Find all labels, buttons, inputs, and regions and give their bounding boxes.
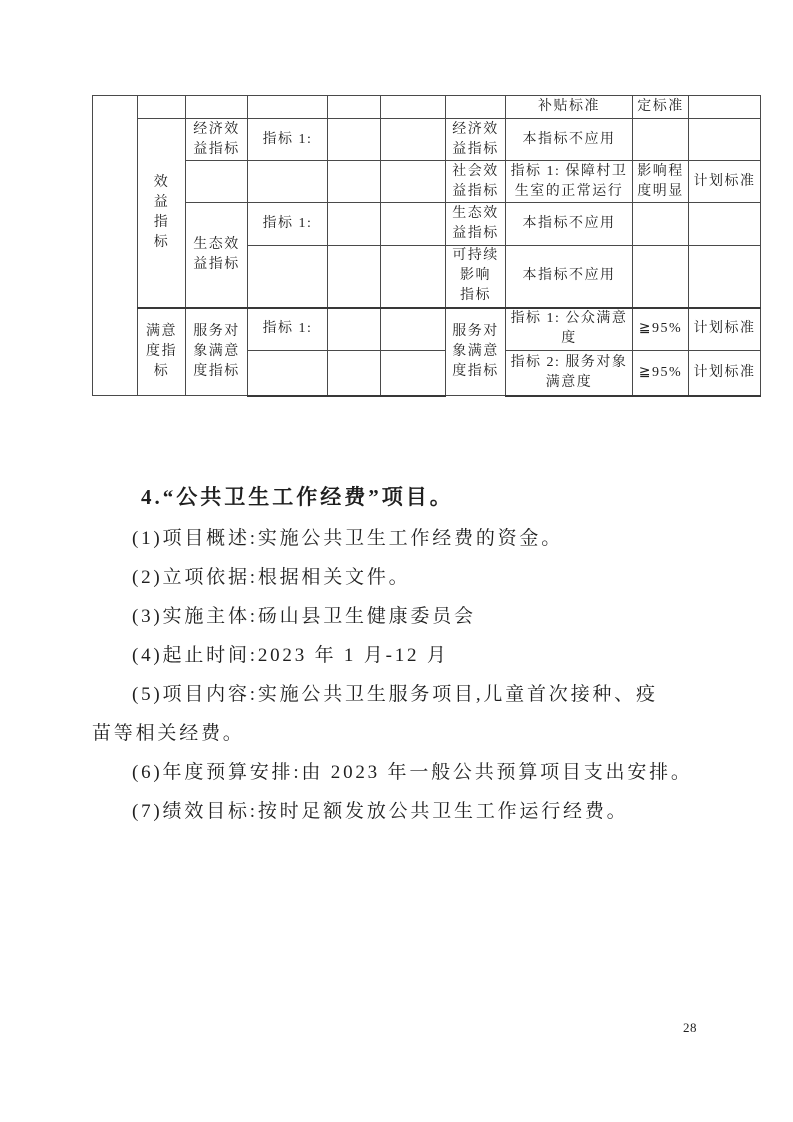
cell-empty	[381, 96, 446, 119]
cell-empty	[328, 246, 381, 308]
cell-empty	[689, 203, 761, 246]
cell-social-benefit-label: 社会效 益指标	[446, 161, 506, 203]
cell-empty	[381, 119, 446, 161]
cell-social-value: 指标 1: 保障村卫 生室的正常运行	[506, 161, 633, 203]
cell-empty	[248, 351, 328, 396]
cell-service-target-label-left: 服务对 象满意 度指标	[186, 308, 248, 396]
section-item-implementer: (3)实施主体:砀山县卫生健康委员会	[92, 597, 752, 636]
cell-empty	[328, 96, 381, 119]
cell-empty	[328, 351, 381, 396]
cell-empty	[633, 203, 689, 246]
cell-service-target-label-right: 服务对 象满意 度指标	[446, 308, 506, 396]
cell-empty	[186, 96, 248, 119]
table-row-social-benefit: 社会效 益指标 指标 1: 保障村卫 生室的正常运行 影响程 度明显 计划标准	[93, 161, 761, 203]
cell-economic-benefit-label-left: 经济效 益指标	[186, 119, 248, 161]
cell-sustain-value: 本指标不应用	[506, 246, 633, 308]
cell-economic-benefit-label-right: 经济效 益指标	[446, 119, 506, 161]
cell-satisfaction-ind1-value: 指标 1: 公众满意 度	[506, 308, 633, 351]
cell-satisfaction-ind2-value: 指标 2: 服务对象 满意度	[506, 351, 633, 396]
section-item-timeframe: (4)起止时间:2023 年 1 月-12 月	[92, 636, 752, 675]
cell-empty	[381, 351, 446, 396]
cell-satisfaction-group-label: 满意 度指 标	[138, 308, 186, 396]
cell-eco-benefit-label-right: 生态效 益指标	[446, 203, 506, 246]
cell-empty	[381, 246, 446, 308]
cell-empty	[328, 203, 381, 246]
cell-empty	[689, 119, 761, 161]
cell-empty	[633, 119, 689, 161]
section-item-content: (5)项目内容:实施公共卫生服务项目,儿童首次接种、疫 苗等相关经费。	[92, 675, 752, 753]
table-row-satisfaction-1: 满意 度指 标 服务对 象满意 度指标 指标 1: 服务对 象满意 度指标 指标…	[93, 308, 761, 351]
cell-set-standard: 定标准	[633, 96, 689, 119]
cell-empty	[186, 161, 248, 203]
cell-eco-indicator-1: 指标 1:	[248, 203, 328, 246]
document-page: 补贴标准 定标准 效 益 指 标 经济效 益指标 指标 1: 经济效 益指标 本…	[0, 0, 793, 1122]
cell-empty	[248, 246, 328, 308]
cell-subsidy-standard: 补贴标准	[506, 96, 633, 119]
table-row-continued-header: 补贴标准 定标准	[93, 96, 761, 119]
cell-empty	[633, 246, 689, 308]
cell-empty	[328, 119, 381, 161]
performance-indicator-table: 补贴标准 定标准 效 益 指 标 经济效 益指标 指标 1: 经济效 益指标 本…	[92, 95, 761, 397]
cell-empty	[689, 246, 761, 308]
section-item-basis: (2)立项依据:根据相关文件。	[92, 558, 752, 597]
cell-empty	[446, 96, 506, 119]
cell-social-standard: 计划标准	[689, 161, 761, 203]
cell-left-margin-column	[93, 96, 138, 396]
table-row-eco-benefit: 生态效 益指标 指标 1: 生态效 益指标 本指标不应用	[93, 203, 761, 246]
cell-empty	[381, 308, 446, 351]
cell-empty	[138, 96, 186, 119]
cell-empty	[381, 203, 446, 246]
cell-benefit-group-label: 效 益 指 标	[138, 119, 186, 308]
cell-empty	[248, 96, 328, 119]
page-number: 28	[683, 1020, 697, 1036]
cell-satisfaction-ind1-standard: 计划标准	[689, 308, 761, 351]
cell-social-impact: 影响程 度明显	[633, 161, 689, 203]
table-row-economic-benefit: 效 益 指 标 经济效 益指标 指标 1: 经济效 益指标 本指标不应用	[93, 119, 761, 161]
project-section: 4.“公共卫生工作经费”项目。 (1)项目概述:实施公共卫生工作经费的资金。 (…	[92, 478, 752, 831]
cell-satisfaction-indicator-1: 指标 1:	[248, 308, 328, 351]
section-item-overview: (1)项目概述:实施公共卫生工作经费的资金。	[92, 519, 752, 558]
cell-empty	[328, 308, 381, 351]
cell-sustain-label: 可持续 影响 指标	[446, 246, 506, 308]
section-item-goal: (7)绩效目标:按时足额发放公共卫生工作运行经费。	[92, 792, 752, 831]
cell-satisfaction-ind1-target: ≧95%	[633, 308, 689, 351]
cell-empty	[381, 161, 446, 203]
cell-empty	[248, 161, 328, 203]
section-item-budget: (6)年度预算安排:由 2023 年一般公共预算项目支出安排。	[92, 753, 752, 792]
cell-satisfaction-ind2-standard: 计划标准	[689, 351, 761, 396]
section-heading: 4.“公共卫生工作经费”项目。	[92, 478, 752, 517]
cell-empty	[689, 96, 761, 119]
cell-economic-indicator-1: 指标 1:	[248, 119, 328, 161]
cell-eco-value: 本指标不应用	[506, 203, 633, 246]
cell-satisfaction-ind2-target: ≧95%	[633, 351, 689, 396]
cell-empty	[328, 161, 381, 203]
cell-eco-benefit-label-left: 生态效 益指标	[186, 203, 248, 308]
cell-economic-value: 本指标不应用	[506, 119, 633, 161]
